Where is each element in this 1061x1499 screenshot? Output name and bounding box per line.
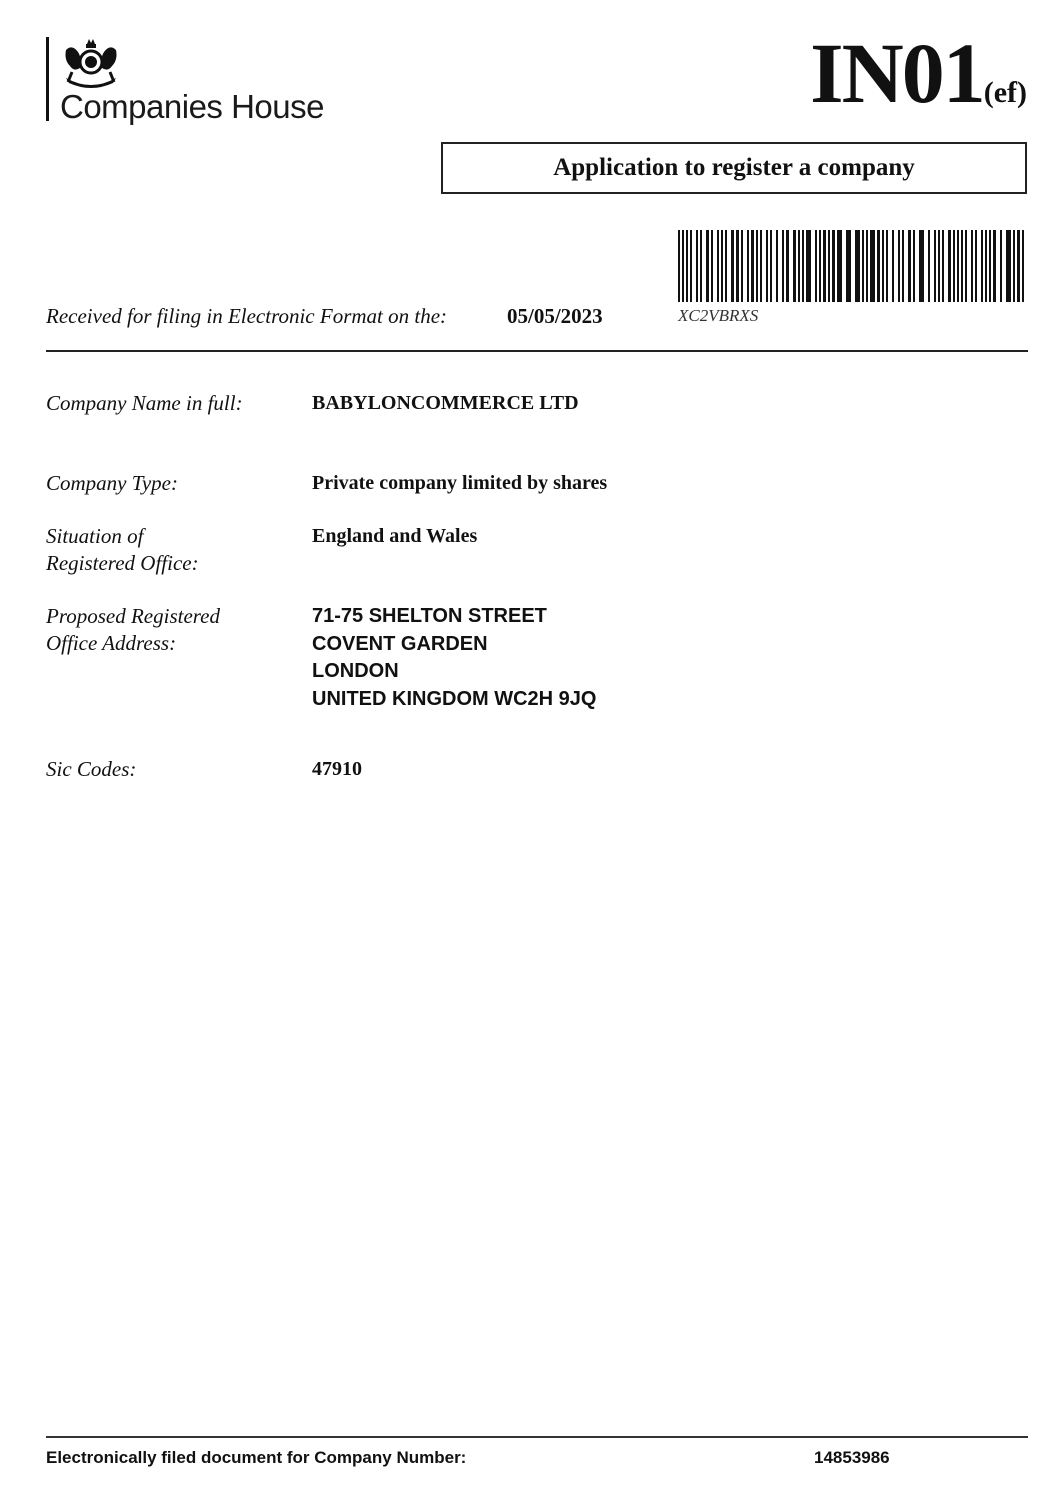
header-divider (46, 350, 1028, 352)
sic-codes-value: 47910 (312, 756, 362, 783)
address-label: Proposed Registered Office Address: (46, 603, 246, 657)
footer-label: Electronically filed document for Compan… (46, 1448, 466, 1468)
barcode-id: XC2VBRXS (678, 306, 758, 326)
royal-coat-of-arms-icon (60, 36, 122, 92)
received-label: Received for filing in Electronic Format… (46, 304, 447, 329)
company-name-value: BABYLONCOMMERCE LTD (312, 390, 579, 417)
company-type-label: Company Type: (46, 470, 276, 497)
sic-codes-label: Sic Codes: (46, 756, 276, 783)
form-code: IN01(ef) (810, 30, 1027, 116)
address-value: 71-75 SHELTON STREET COVENT GARDEN LONDO… (312, 603, 596, 713)
situation-value: England and Wales (312, 523, 477, 550)
barcode-icon (678, 230, 1025, 302)
brand-name: Companies House (60, 88, 324, 126)
situation-label: Situation of Registered Office: (46, 523, 226, 577)
footer-divider (46, 1436, 1028, 1438)
company-name-label: Company Name in full: (46, 390, 246, 417)
company-number: 14853986 (814, 1448, 890, 1468)
form-code-main: IN01 (810, 25, 984, 121)
address-line-3: LONDON (312, 658, 596, 686)
address-line-2: COVENT GARDEN (312, 631, 596, 659)
received-date: 05/05/2023 (507, 304, 603, 329)
address-line-4: UNITED KINGDOM WC2H 9JQ (312, 686, 596, 714)
address-line-1: 71-75 SHELTON STREET (312, 603, 596, 631)
form-code-suffix: (ef) (984, 76, 1027, 109)
logo-divider (46, 37, 49, 121)
company-type-value: Private company limited by shares (312, 470, 607, 497)
document-title: Application to register a company (441, 142, 1027, 194)
